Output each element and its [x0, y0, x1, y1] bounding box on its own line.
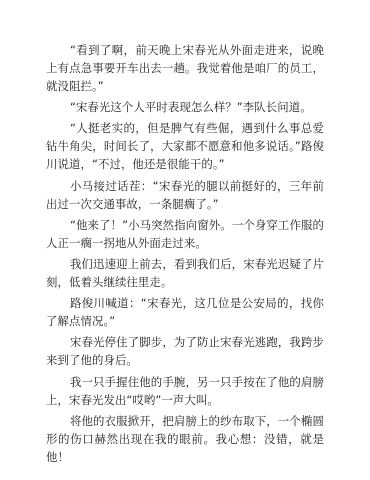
paragraph-2: “宋春光这个人平时表现怎么样？”李队长问道。: [46, 98, 324, 116]
paragraph-3: “人挺老实的，但是脾气有些倔，遇到什么事总爱钻牛角尖，时间长了，大家都不愿意和他…: [46, 119, 324, 173]
paragraph-5: “他来了！”小马突然指向窗外。一个身穿工作服的人正一瘸一拐地从外面走过来。: [46, 216, 324, 252]
paragraph-7: 路俊川喊道：“宋春光，这几位是公安局的，找你了解点情况。”: [46, 294, 324, 330]
paragraph-6: 我们迅速迎上前去，看到我们后，宋春光迟疑了片刻，低着头继续往里走。: [46, 255, 324, 291]
document-page: “看到了啊，前天晚上宋春光从外面走进来，说晚上有点急事要开车出去一趟。我觉着他是…: [46, 41, 324, 469]
paragraph-10: 将他的衣服掀开，把肩膀上的纱布取下，一个椭圆形的伤口赫然出现在我的眼前。我心想：…: [46, 412, 324, 466]
paragraph-9: 我一只手握住他的手腕，另一只手按在了他的肩膀上，宋春光发出“哎哟”一声大叫。: [46, 373, 324, 409]
paragraph-8: 宋春光停住了脚步，为了防止宋春光逃跑，我跨步来到了他的身后。: [46, 333, 324, 369]
paragraph-1: “看到了啊，前天晚上宋春光从外面走进来，说晚上有点急事要开车出去一趟。我觉着他是…: [46, 41, 324, 95]
paragraph-4: 小马接过话茬：“宋春光的腿以前挺好的，三年前出过一次交通事故，一条腿瘸了。”: [46, 177, 324, 213]
